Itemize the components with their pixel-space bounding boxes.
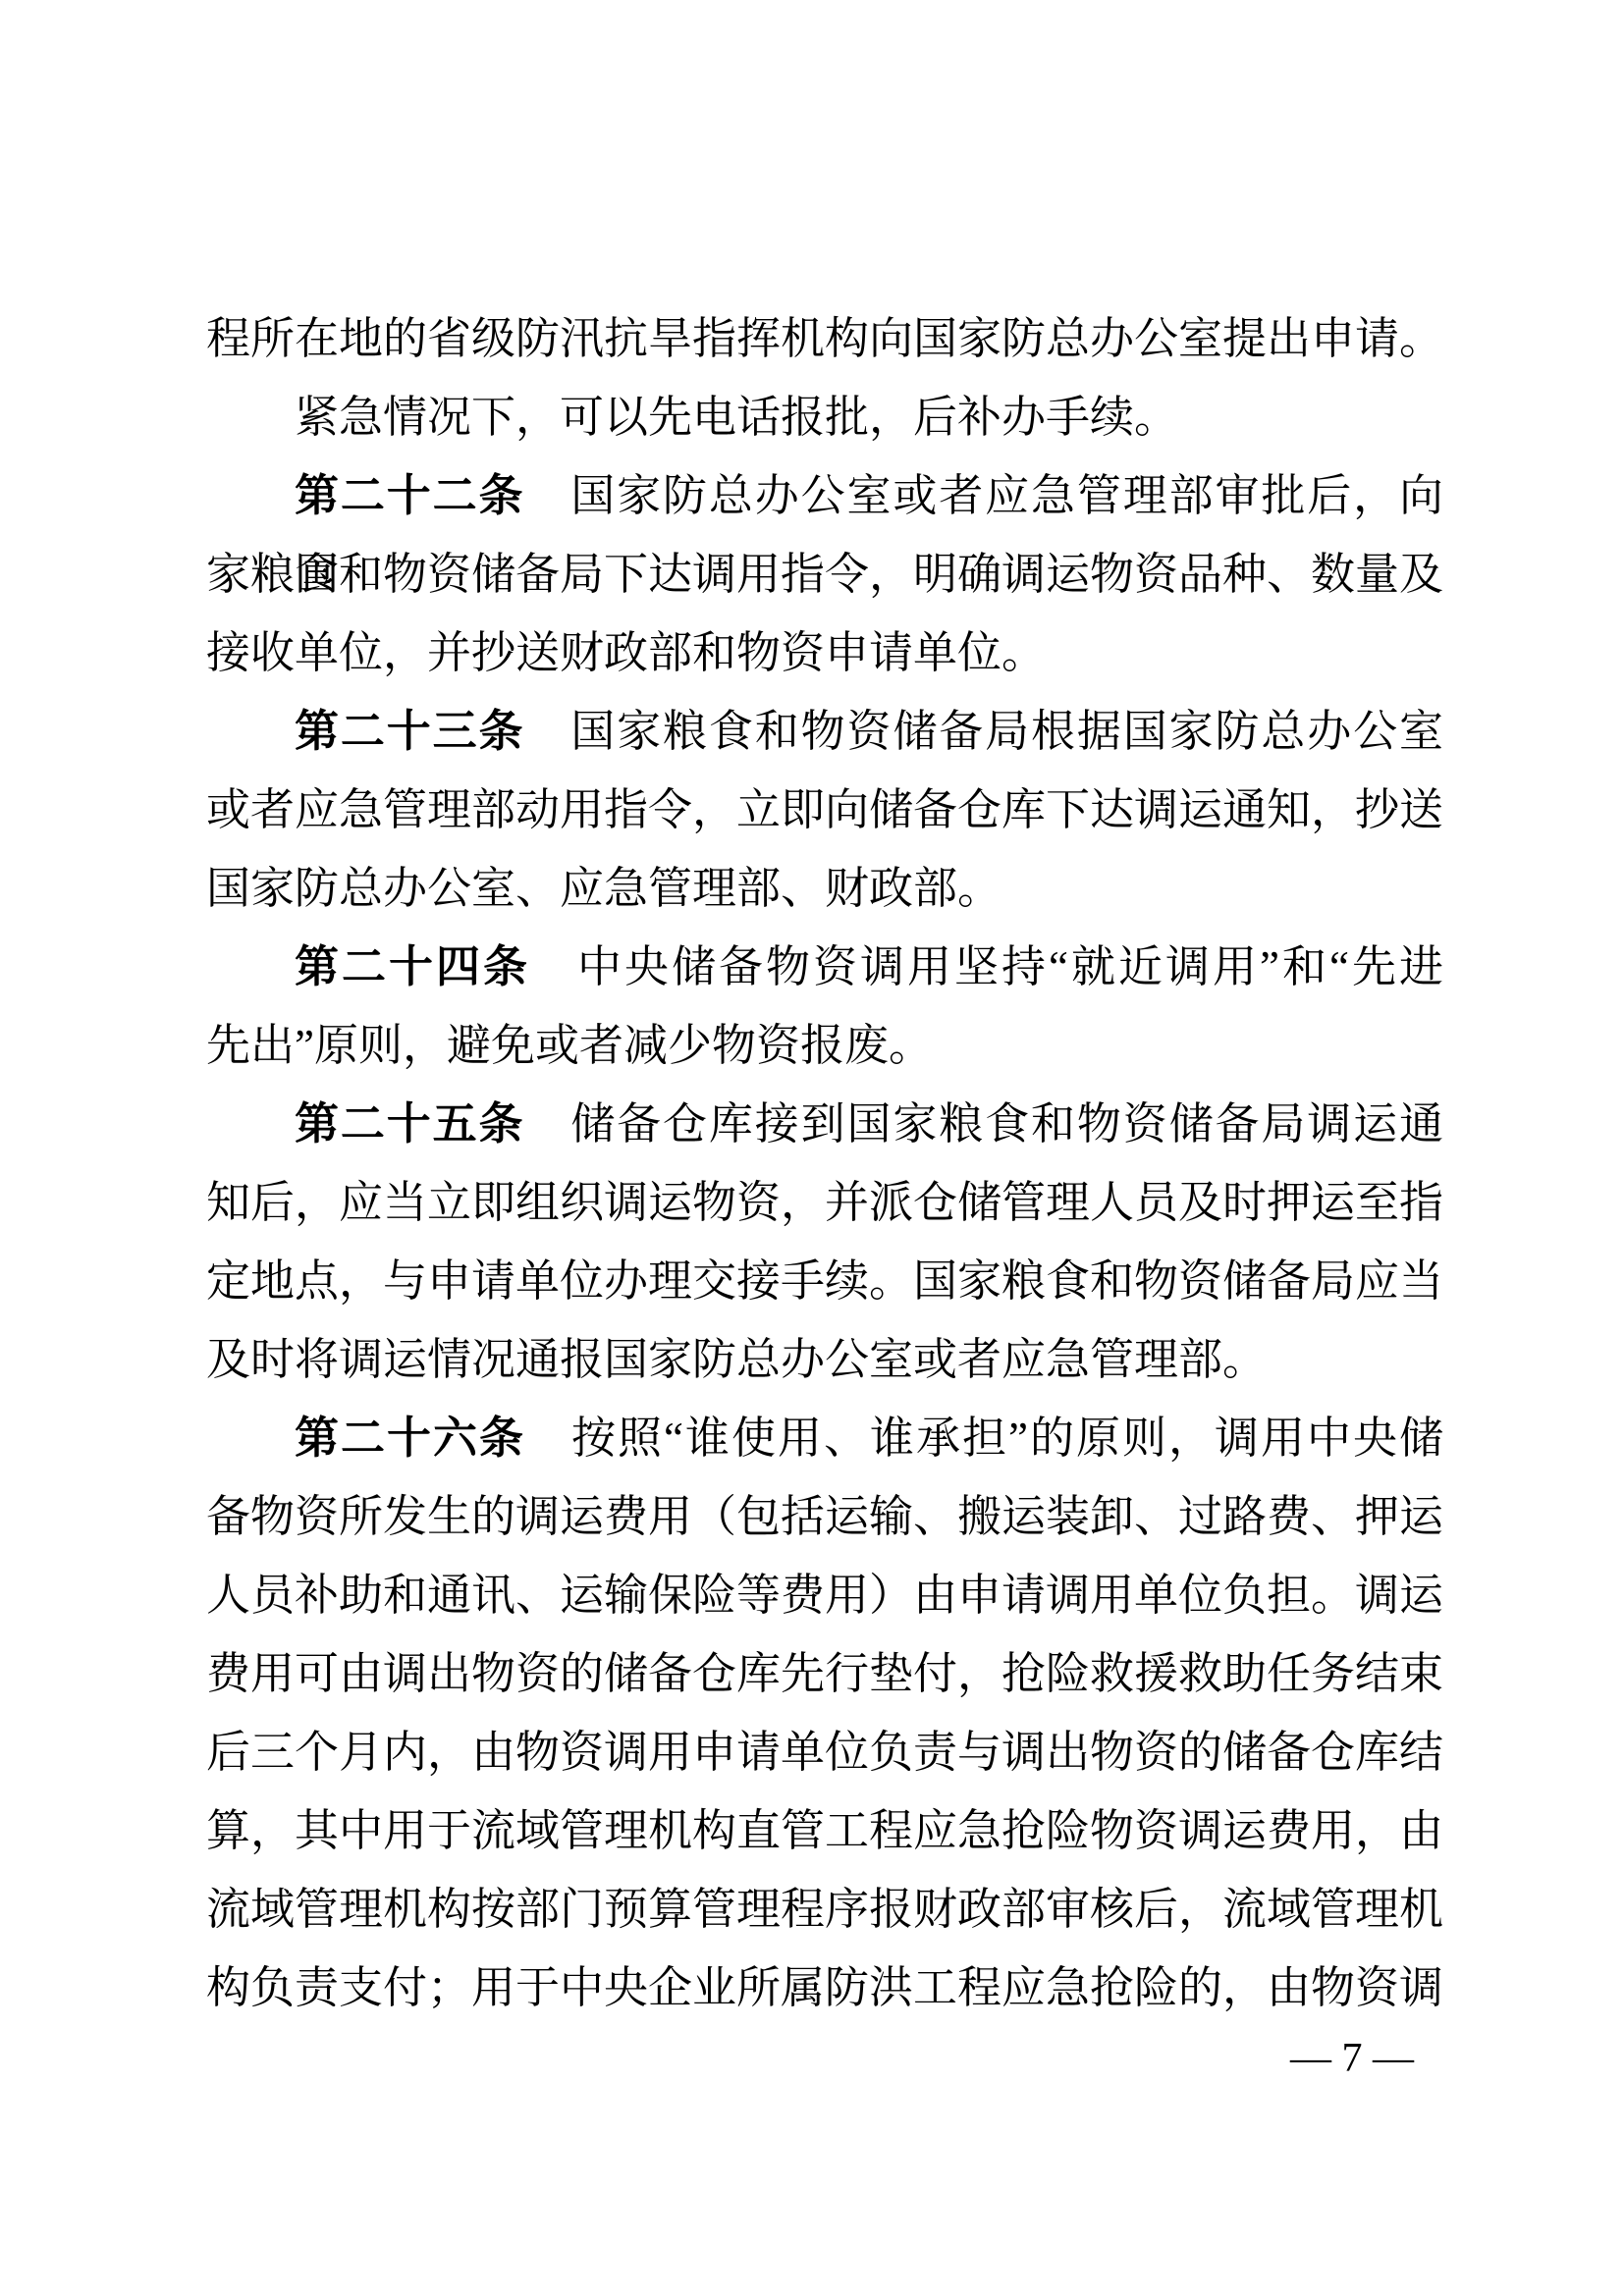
body-text: 构负责支付；用于中央企业所属防洪工程应急抢险的，由物资调 xyxy=(206,1963,1443,2012)
text-line: 流域管理机构按部门预算管理程序报财政部审核后，流域管理机 xyxy=(206,1870,1443,1949)
body-text: 后三个月内，由物资调用申请单位负责与调出物资的储备仓库结 xyxy=(206,1728,1443,1777)
text-line: 知后，应当立即组织调运物资，并派仓储管理人员及时押运至指 xyxy=(206,1163,1443,1242)
body-text: 算，其中用于流域管理机构直管工程应急抢险物资调运费用，由 xyxy=(206,1806,1443,1855)
body-text: 及时将调运情况通报国家防总办公室或者应急管理部。 xyxy=(206,1335,1267,1384)
body-text: 紧急情况下，可以先电话报批，后补办手续。 xyxy=(295,393,1178,442)
text-line: 先出”原则，避免或者减少物资报废。 xyxy=(206,1006,1443,1085)
text-line: 紧急情况下，可以先电话报批，后补办手续。 xyxy=(206,378,1443,456)
body-text: 按照“谁使用、谁承担”的原则，调用中央储 xyxy=(525,1414,1443,1463)
text-line: 第二十五条 储备仓库接到国家粮食和物资储备局调运通 xyxy=(206,1085,1443,1163)
body-text: 储备仓库接到国家粮食和物资储备局调运通 xyxy=(524,1099,1443,1148)
text-line: 人员补助和通讯、运输保险等费用）由申请调用单位负担。调运 xyxy=(206,1556,1443,1634)
article-number: 第二十六条 xyxy=(295,1413,525,1463)
body-text: 备物资所发生的调运费用（包括运输、搬运装卸、过路费、押运 xyxy=(206,1492,1443,1541)
page-number: — 7 — xyxy=(1290,2034,1414,2083)
text-line: 国家防总办公室、应急管理部、财政部。 xyxy=(206,849,1443,928)
text-line: 后三个月内，由物资调用申请单位负责与调出物资的储备仓库结 xyxy=(206,1713,1443,1791)
body-text: 国家防总办公室、应急管理部、财政部。 xyxy=(206,864,1001,913)
text-line: 第二十四条 中央储备物资调用坚持“就近调用”和“先进 xyxy=(206,928,1443,1006)
text-line: 第二十六条 按照“谁使用、谁承担”的原则，调用中央储 xyxy=(206,1399,1443,1477)
text-line: 备物资所发生的调运费用（包括运输、搬运装卸、过路费、押运 xyxy=(206,1477,1443,1556)
document-page: 程所在地的省级防汛抗旱指挥机构向国家防总办公室提出申请。紧急情况下，可以先电话报… xyxy=(0,0,1624,2296)
body-text: 家粮食和物资储备局下达调用指令，明确调运物资品种、数量及 xyxy=(206,550,1443,599)
text-line: 构负责支付；用于中央企业所属防洪工程应急抢险的，由物资调 xyxy=(206,1949,1443,2027)
body-text: 费用可由调出物资的储备仓库先行垫付，抢险救援救助任务结束 xyxy=(206,1649,1443,1698)
text-line: 算，其中用于流域管理机构直管工程应急抢险物资调运费用，由 xyxy=(206,1791,1443,1870)
text-line: 费用可由调出物资的储备仓库先行垫付，抢险救援救助任务结束 xyxy=(206,1634,1443,1713)
article-number: 第二十四条 xyxy=(295,941,530,991)
body-text: 程所在地的省级防汛抗旱指挥机构向国家防总办公室提出申请。 xyxy=(206,314,1443,363)
text-line: 程所在地的省级防汛抗旱指挥机构向国家防总办公室提出申请。 xyxy=(206,299,1443,378)
article-number: 第二十二条 xyxy=(295,470,524,520)
article-number: 第二十五条 xyxy=(295,1098,524,1148)
document-text: 程所在地的省级防汛抗旱指挥机构向国家防总办公室提出申请。紧急情况下，可以先电话报… xyxy=(206,299,1443,2027)
body-text: 人员补助和通讯、运输保险等费用）由申请调用单位负担。调运 xyxy=(206,1571,1443,1620)
body-text: 或者应急管理部动用指令，立即向储备仓库下达调运通知，抄送 xyxy=(206,785,1443,834)
text-line: 第二十三条 国家粮食和物资储备局根据国家防总办公室 xyxy=(206,692,1443,771)
text-line: 定地点，与申请单位办理交接手续。国家粮食和物资储备局应当 xyxy=(206,1242,1443,1320)
text-line: 第二十二条 国家防总办公室或者应急管理部审批后，向国 xyxy=(206,456,1443,535)
text-line: 或者应急管理部动用指令，立即向储备仓库下达调运通知，抄送 xyxy=(206,771,1443,849)
body-text: 先出”原则，避免或者减少物资报废。 xyxy=(206,1021,933,1070)
article-number: 第二十三条 xyxy=(295,706,524,756)
body-text: 流域管理机构按部门预算管理程序报财政部审核后，流域管理机 xyxy=(206,1885,1443,1934)
body-text: 接收单位，并抄送财政部和物资申请单位。 xyxy=(206,628,1046,677)
body-text: 中央储备物资调用坚持“就近调用”和“先进 xyxy=(530,942,1443,991)
text-line: 接收单位，并抄送财政部和物资申请单位。 xyxy=(206,614,1443,692)
body-text: 国家粮食和物资储备局根据国家防总办公室 xyxy=(524,707,1443,756)
text-line: 家粮食和物资储备局下达调用指令，明确调运物资品种、数量及 xyxy=(206,535,1443,614)
body-text: 知后，应当立即组织调运物资，并派仓储管理人员及时押运至指 xyxy=(206,1178,1443,1227)
text-line: 及时将调运情况通报国家防总办公室或者应急管理部。 xyxy=(206,1320,1443,1399)
body-text: 定地点，与申请单位办理交接手续。国家粮食和物资储备局应当 xyxy=(206,1256,1443,1306)
